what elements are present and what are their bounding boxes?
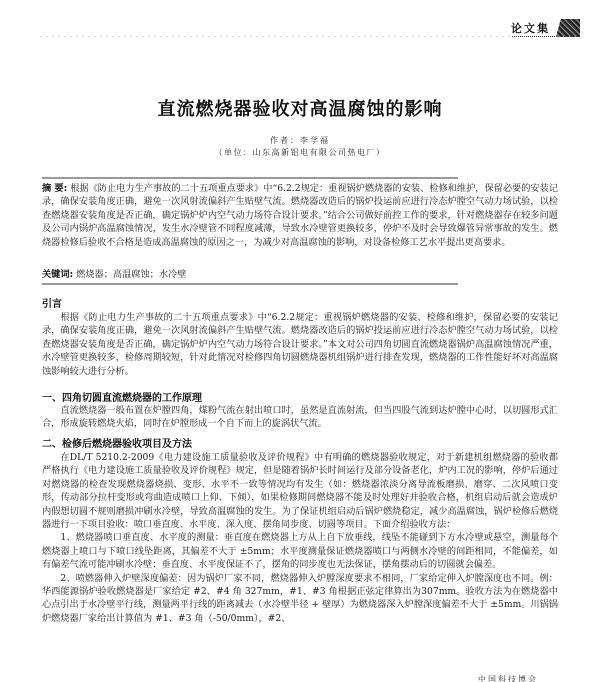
intro-section: 根据《防止电力生产事故的二十五项重点要求》中“6.2.2规定：重视锅炉燃烧器的安… bbox=[42, 311, 558, 378]
intro-paragraph: 根据《防止电力生产事故的二十五项重点要求》中“6.2.2规定：重视锅炉燃烧器的安… bbox=[42, 311, 558, 378]
section1-paragraph: 直流燃烧器一般布置在炉膛四角，煤粉气流在射出喷口时，虽然是直流射流，但当四股气流… bbox=[42, 404, 558, 431]
article-author: 作者：李学福 bbox=[0, 135, 600, 146]
article-title: 直流燃烧器验收对高温腐蚀的影响 bbox=[0, 95, 600, 121]
page-footer: 中国科技博会 bbox=[478, 674, 538, 682]
section2: 在DL/T 5210.2-2009《电力建设施工质量验收及评价规程》中有明确的燃… bbox=[42, 451, 558, 625]
abstract: 摘 要: 根据《防止电力生产事故的二十五项重点要求》中“6.2.2规定：重视锅炉… bbox=[42, 182, 558, 249]
section-label: 论文集 bbox=[511, 20, 550, 36]
section2-paragraph-3: 2、喷燃器伸入炉壁深度偏差：因为锅炉厂家不同，燃烧器伸入炉膛深度要求不相同，厂家… bbox=[42, 572, 558, 626]
journal-header: 论文集 bbox=[511, 14, 580, 42]
abstract-top-rule bbox=[42, 177, 458, 179]
abstract-bottom-rule bbox=[42, 283, 458, 285]
keywords: 关键词: 燃烧器；高温腐蚀；水冷壁 bbox=[42, 268, 558, 281]
article-affiliation: （单位：山东高新铝电有限公司热电厂） bbox=[0, 147, 600, 158]
intro-heading: 引言 bbox=[42, 295, 62, 310]
section2-paragraph-2: 1、燃烧器喷口垂直度、水平度的测量：垂直度在燃烧器上方从上自下放垂线，线坠不能碰… bbox=[42, 531, 558, 571]
header-divider bbox=[40, 36, 580, 37]
section1-heading: 一、四角切圆直流燃烧器的工作原理 bbox=[42, 389, 202, 404]
journal-logo-icon bbox=[556, 19, 580, 37]
keywords-text: 燃烧器；高温腐蚀；水冷壁 bbox=[76, 269, 186, 280]
section2-paragraph-1: 在DL/T 5210.2-2009《电力建设施工质量验收及评价规程》中有明确的燃… bbox=[42, 451, 558, 531]
section2-heading: 二、检修后燃烧器验收项目及方法 bbox=[42, 435, 192, 450]
header-divider-accent bbox=[512, 36, 580, 37]
keywords-label: 关键词: bbox=[42, 269, 73, 280]
abstract-text: 根据《防止电力生产事故的二十五项重点要求》中“6.2.2规定：重视锅炉燃烧器的安… bbox=[42, 183, 558, 248]
section1: 直流燃烧器一般布置在炉膛四角，煤粉气流在射出喷口时，虽然是直流射流，但当四股气流… bbox=[42, 404, 558, 431]
abstract-label: 摘 要: bbox=[42, 183, 67, 194]
